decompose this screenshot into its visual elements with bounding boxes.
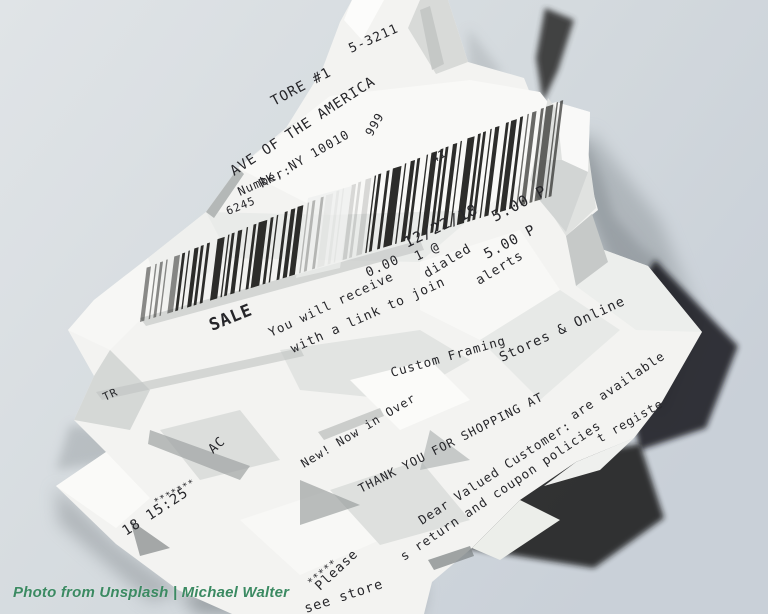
photo-canvas: 5-3211 TORE #1 AVE OF THE AMERICA RK, NY…: [0, 0, 768, 614]
photo-credit: Photo from Unsplash | Michael Walter: [13, 584, 289, 601]
receipt-photo: 5-3211 TORE #1 AVE OF THE AMERICA RK, NY…: [0, 0, 768, 614]
